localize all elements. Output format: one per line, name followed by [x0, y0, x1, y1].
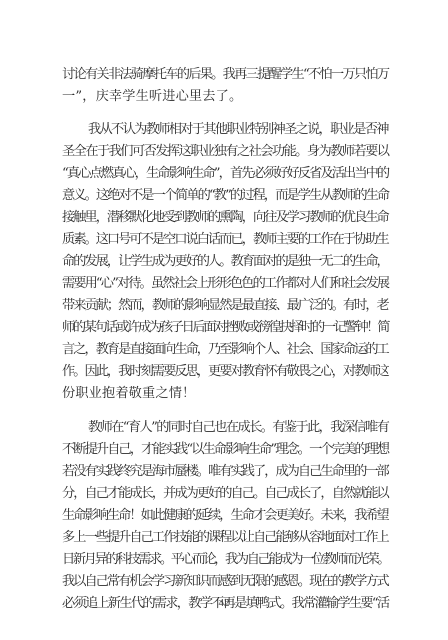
text-line: 我从不认为教师相对于其他职业特别神圣之说，职业是否神	[88, 122, 388, 138]
text-line: 生命影响生命！如此健康的延续，生命才会更美好。未来，我希望	[62, 508, 388, 524]
text-line: 不断提升自己，才能实践“以生命影响生命”理念。一个完美的理想	[62, 442, 388, 458]
page-number: 42	[0, 597, 448, 609]
text-line: 命的发展，让学生成为更好的人。教育面对的是独一无二的生命，	[62, 254, 388, 270]
text-line: 圣全在于我们可否发挥这职业独有之社会功能。身为教师若要以	[62, 144, 388, 160]
text-line: 分，自己才能成长，并成为更好的自己。自己成长了，自然就能以	[62, 486, 388, 502]
text-line: 言之，教育是直接面向生命，乃至影响个人、社会、国家命运的工	[62, 342, 388, 358]
text-line: 意义。这绝对不是一个简单的“教”的过程，而是学生从教师的生命	[62, 188, 388, 204]
text-line: 作。因此，我时刻需要反思，更要对教育怀有敬畏之心，对教师这	[62, 364, 388, 380]
text-line: “真心点燃真心，生命影响生命”，首先必须好好反省及活出当中的	[62, 166, 388, 182]
text-line: 份职业抱着敬重之情！	[62, 386, 388, 402]
text-line: 质素。这口号可不是空口说白话而已，教师主要的工作在于协助生	[62, 232, 388, 248]
text-line: 师的某句话或许成为孩子日后面对挫败或徬徨抉择时的一记警钟！简	[62, 320, 388, 336]
text-line: 教师在“育人”的同时自己也在成长。有鉴于此，我深信唯有	[88, 420, 388, 436]
text-line: 讨论有关非法骑摩托车的后果。我再三提醒学生“不怕一万只怕万	[62, 67, 388, 83]
text-line: 需要用“心”对待。虽然社会上形形色色的工作都对人们和社会发展	[62, 276, 388, 292]
text-line: 一”，庆幸学生听进心里去了。	[62, 89, 388, 105]
text-line: 接触里，潜移默化地受到教师的熏陶，向往及学习教师的优良生命	[62, 210, 388, 226]
text-line: 日新月异的科技需求。平心而论，我为自己能成为一位教师而光荣。	[62, 552, 388, 568]
book-page: 讨论有关非法骑摩托车的后果。我再三提醒学生“不怕一万只怕万一”，庆幸学生听进心里…	[0, 0, 448, 640]
text-line: 我以自己常有机会学习新知识而感到无限的感恩。现在的教学方式	[62, 574, 388, 590]
text-line: 带来贡献；然而，教师的影响显然是最直接、最广泛的。有时，老	[62, 298, 388, 314]
text-line: 多上一些提升自己工作技能的课程以让自己能够从容地面对工作上	[62, 530, 388, 546]
text-line: 若没有实践终究是海市蜃楼。唯有实践了，成为自己生命里的一部	[62, 464, 388, 480]
